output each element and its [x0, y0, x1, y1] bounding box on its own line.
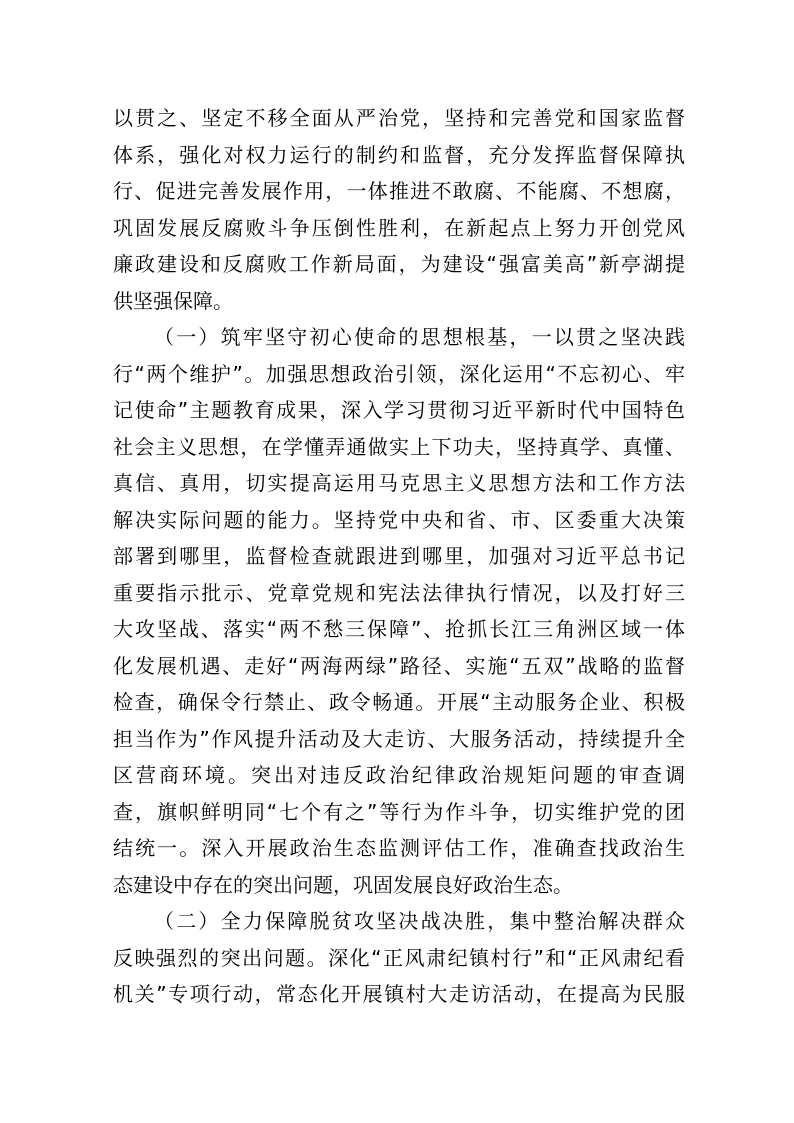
text-line: 社会主义思想，在学懂弄通做实上下功夫，坚持真学、真懂、	[113, 429, 685, 466]
text-line: 行、促进完善发展作用，一体推进不敢腐、不能腐、不想腐，	[113, 173, 685, 210]
text-line: 大攻坚战、落实“两不愁三保障”、抢抓长江三角洲区域一体	[113, 611, 685, 648]
text-line: 行“两个维护”。加强思想政治引领，深化运用“不忘初心、牢	[113, 356, 685, 393]
text-line: 结统一。深入开展政治生态监测评估工作，准确查找政治生	[113, 830, 685, 867]
paragraph: （二）全力保障脱贫攻坚决战决胜，集中整治解决群众反映强烈的突出问题。深化“正风肃…	[113, 903, 685, 1013]
text-line: 化发展机遇、走好“两海两绿”路径、实施“五双”战略的监督	[113, 648, 685, 685]
document-body: 以贯之、坚定不移全面从严治党，坚持和完善党和国家监督体系，强化对权力运行的制约和…	[113, 100, 685, 1013]
document-page: 以贯之、坚定不移全面从严治党，坚持和完善党和国家监督体系，强化对权力运行的制约和…	[0, 0, 794, 1123]
text-line: 供坚强保障。	[113, 283, 685, 320]
text-line: 机关”专项行动，常态化开展镇村大走访活动，在提高为民服	[113, 976, 685, 1013]
text-line: 重要指示批示、党章党规和宪法法律执行情况，以及打好三	[113, 575, 685, 612]
text-line: 检查，确保令行禁止、政令畅通。开展“主动服务企业、积极	[113, 684, 685, 721]
text-line: （二）全力保障脱贫攻坚决战决胜，集中整治解决群众	[113, 903, 685, 940]
paragraph: 以贯之、坚定不移全面从严治党，坚持和完善党和国家监督体系，强化对权力运行的制约和…	[113, 100, 685, 319]
text-line: 体系，强化对权力运行的制约和监督，充分发挥监督保障执	[113, 137, 685, 174]
text-line: 巩固发展反腐败斗争压倒性胜利，在新起点上努力开创党风	[113, 210, 685, 247]
text-line: 担当作为”作风提升活动及大走访、大服务活动，持续提升全	[113, 721, 685, 758]
text-line: 态建设中存在的突出问题，巩固发展良好政治生态。	[113, 867, 685, 904]
text-line: （一）筑牢坚守初心使命的思想根基，一以贯之坚决践	[113, 319, 685, 356]
text-line: 真信、真用，切实提高运用马克思主义思想方法和工作方法	[113, 465, 685, 502]
text-line: 查，旗帜鲜明同“七个有之”等行为作斗争，切实维护党的团	[113, 794, 685, 831]
text-line: 解决实际问题的能力。坚持党中央和省、市、区委重大决策	[113, 502, 685, 539]
text-line: 廉政建设和反腐败工作新局面，为建设“强富美高”新亭湖提	[113, 246, 685, 283]
text-line: 记使命”主题教育成果，深入学习贯彻习近平新时代中国特色	[113, 392, 685, 429]
text-line: 区营商环境。突出对违反政治纪律政治规矩问题的审查调	[113, 757, 685, 794]
text-line: 以贯之、坚定不移全面从严治党，坚持和完善党和国家监督	[113, 100, 685, 137]
text-line: 反映强烈的突出问题。深化“正风肃纪镇村行”和“正风肃纪看	[113, 940, 685, 977]
text-line: 部署到哪里，监督检查就跟进到哪里，加强对习近平总书记	[113, 538, 685, 575]
paragraph: （一）筑牢坚守初心使命的思想根基，一以贯之坚决践行“两个维护”。加强思想政治引领…	[113, 319, 685, 903]
